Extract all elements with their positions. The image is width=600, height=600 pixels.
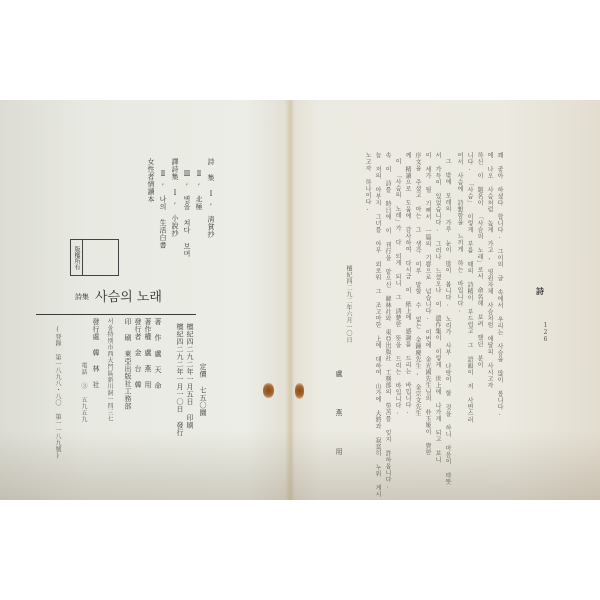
body-column: 서 가득이 있었습니다. 그러나 느꼈오나 이 遺作集이 이렇게 世上에 나가게… [434,152,440,463]
contents-item: Ⅱ, 北極 [195,170,202,211]
body-column: 어서 사슴에 詩想함을 느끼게 하는 바입니다. [456,152,462,314]
page-shadow [0,430,600,500]
address-line: 서울特別市西大門區新川洞一四三七 [106,318,112,422]
contents-item: 譯詩集 Ⅰ, 小說抄 [171,158,178,237]
contents-item: Ⅱ, 나의 生活白書 [159,170,166,249]
body-column: 노고자 하나이다. [364,152,370,213]
title-text: 사슴의 노래 [95,290,162,305]
body-column: 니다. 「사슴」 이렇게 부를 때의 詩精이 부드럽고 그 語韻이 저 사변스러 [466,152,472,423]
contents-item: 詩 集 Ⅰ, 淸貧抄 [207,158,214,238]
body-column: 꽤 좋아 하셨다 합니다. 그이의 글 속에서 우리는 사슴을 많이 봅니다. [496,152,502,418]
contents-item: Ⅲ, 별을 쳐다 보며 [183,170,190,258]
rust-stain [295,383,304,399]
page-number: 126 [542,322,549,343]
printer-line: 印 刷 東亞出版社工務部 [124,318,131,410]
contents-item: 女性者情讀本 [147,158,154,203]
publisher-line: 發行者 金 台 韓 [134,318,141,389]
phone-line: 電話 ③ 五九五九 [80,362,86,423]
copyright-holder-line: 著作權 盧 燕 用 [144,318,151,389]
colophon-rule [36,314,196,315]
body-column: 이 「사슴의 노래」가 다 되게 되니 그 淸楚한 뜻을 드리는 바입니다. [394,158,400,416]
date-line: 檀紀四二九二年六月一〇日 [345,265,351,343]
publishing-house-line: 發行處 韓 林 社 [92,318,99,389]
author-line: 著 作 盧 天 命 [154,318,161,390]
section-mark: 詩 [536,286,544,297]
body-column: 께 精讀으로 도움에 감사하여 다시금 이 紙上에 感謝를 드리는 바입니다. [404,152,410,416]
copyright-stamp-label: 版權所有 [71,240,83,275]
print-date: 檀紀四二九二年一月五日 印刷 [186,323,193,429]
body-column: 하신 이 題名이 「사슴의 노래」로서 命名해 보려 했던 분이 [476,152,482,368]
series-label: 詩集 [75,293,89,301]
price: 定價 七五〇圜 [199,363,206,417]
body-column: 에 나오 사슴처럼 높게 가고, 영원자체 사슴처럼 애달피 사시고자 [486,152,492,389]
copyright-stamp-box: 版權所有 [70,239,119,276]
publish-date: 檀紀四二九二年一月一〇日 發行 [176,323,183,437]
body-column: 序文을 주셨고 아는 그 생각 이루 말할 수 없는 金鍾慶先生, 金宗文先生 [414,152,420,417]
book-title: 詩集사슴의 노래 [75,286,162,305]
body-column: 이 세가 될 기뻐서 一篇의 기쁨으로 넘습니다. 이번에 金光國先生님의 朴玉… [424,152,430,456]
book-spread: 詩 集 Ⅰ, 淸貧抄 Ⅱ, 北極 Ⅲ, 별을 쳐다 보며 譯詩集 Ⅰ, 小說抄 … [0,100,600,500]
rust-stain [263,383,274,398]
